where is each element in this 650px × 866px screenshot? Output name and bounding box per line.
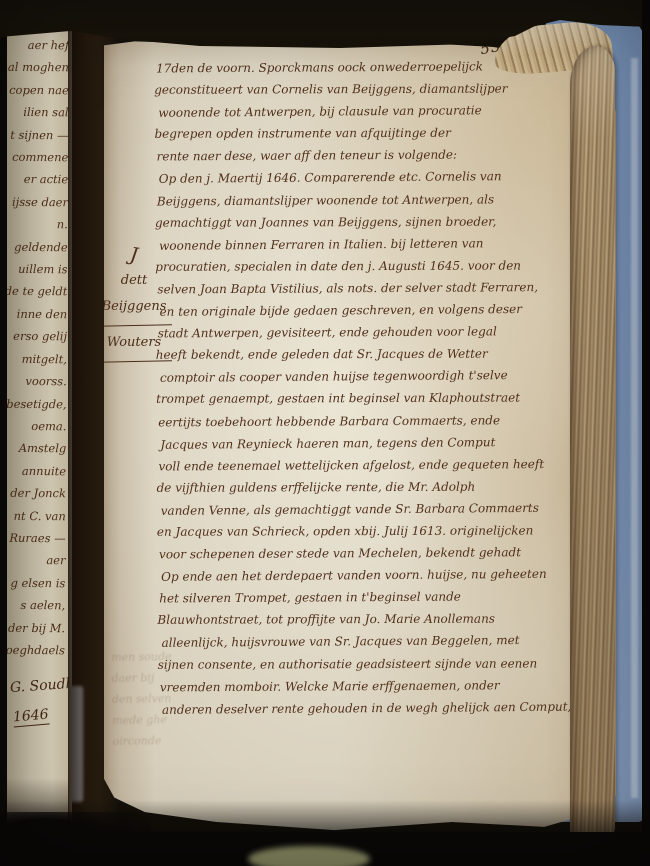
facing-page-line: n. [7, 213, 68, 236]
facing-page-line: besetigde, [7, 392, 67, 415]
facing-page-line: commene [7, 146, 68, 169]
manuscript-line: het silveren Trompet, gestaen in t'begin… [159, 585, 629, 610]
manuscript-line: Op den j. Maertij 1646. Comparerende etc… [159, 165, 629, 191]
facing-page-line: aer hef [7, 34, 69, 57]
facing-page-line: der bij M. [7, 616, 65, 639]
manuscript-line: comptoir als cooper vanden huijse tegenw… [160, 363, 630, 389]
facing-page-line: s aelen, [7, 594, 65, 617]
manuscript-line: vanden Venne, als gemachtiggt vande Sr. … [161, 496, 631, 522]
manuscript-page: 53. J dett Beijggens Wouters 17den de vo… [104, 34, 616, 848]
facing-page-year: 1646 [12, 706, 49, 727]
manuscript-line: woonende binnen Ferraren in Italien. bij… [159, 231, 629, 257]
ghost-line: den selven [112, 687, 232, 710]
facing-page-line: uillem is [7, 258, 68, 281]
facing-page-edge: aer hefal moghencopen naeilien salt sijn… [7, 30, 72, 848]
cloth-highlight [631, 58, 638, 798]
book-support [248, 846, 370, 866]
facing-page-line: ilien sal [7, 101, 69, 124]
facing-page-line: t sijnen — [7, 123, 69, 146]
ghost-line: mede ghe [112, 708, 232, 731]
facing-page-line: nt C. van [7, 504, 66, 527]
manuscript-line: en Jacques van Schrieck, opden xbij. Jul… [157, 519, 627, 543]
facing-page-line: broeghdaels [7, 639, 65, 662]
facing-page-line: inne den [7, 303, 67, 326]
manuscript-line: geconstitueert van Cornelis van Beijggen… [154, 77, 624, 101]
manuscript-line: alleenlijck, huijsvrouwe van Sr. Jacques… [161, 629, 631, 655]
photo-frame: aer hefal moghencopen naeilien salt sijn… [0, 0, 650, 866]
manuscript-line: stadt Antwerpen, gevisiteert, ende gehou… [158, 320, 628, 345]
ghost-line: men soude [111, 645, 231, 668]
fore-edge [570, 46, 615, 842]
facing-page-line: aer [7, 549, 66, 572]
facing-page-line: Amstelg [7, 437, 66, 460]
manuscript-line: de vijfthien guldens erffelijcke rente, … [157, 475, 627, 499]
book-gutter-shadow [68, 24, 120, 852]
facing-page-text: aer hefal moghencopen naeilien salt sijn… [7, 34, 69, 662]
manuscript-line: Blauwhontstraet, tot proffijte van Jo. M… [157, 608, 627, 632]
book-spine-edge [0, 0, 7, 866]
manuscript-line: procuratien, specialen in date den j. Au… [155, 254, 625, 278]
facing-page-line: er actie [7, 168, 68, 191]
facing-page-line: mitgelt, [7, 347, 67, 370]
facing-page-line: voorss. [7, 370, 67, 393]
ghost-line: oirconde [112, 729, 232, 752]
facing-page-signature: G. Soudh [10, 676, 71, 696]
manuscript-line: voll ende teenemael wettelijcken afgelos… [158, 452, 628, 477]
manuscript-line: gemachtiggt van Joannes van Beijggens, s… [155, 210, 625, 234]
facing-page-line: erso gelij [7, 325, 67, 348]
facing-page-line: copen nae [7, 79, 69, 102]
facing-page-line: Ruraes — [7, 527, 66, 550]
manuscript-line: woonende tot Antwerpen, bij clausule van… [158, 98, 628, 124]
facing-page-line: ijsse daer [7, 191, 68, 214]
facing-page-line: g elsen is [7, 571, 65, 594]
facing-page-line: der Jonck [7, 482, 66, 505]
manuscript-line: anderen deselver rente gehouden in de we… [162, 695, 632, 721]
manuscript-line: Beijggens, diamantslijper woonende tot A… [157, 187, 627, 212]
facing-page-line: geldende [7, 235, 68, 258]
frame-right-edge [642, 0, 650, 866]
manuscript-body-text: 17den de voorn. Sporckmans oock onwederr… [156, 55, 630, 721]
manuscript-line: eertijts toebehoort hebbende Barbara Com… [158, 408, 628, 433]
manuscript-line: trompet genaempt, gestaen int beginsel v… [156, 387, 626, 411]
ink-bleed-through: men soudedaer bijden selvenmede gheoirco… [111, 645, 233, 767]
manuscript-line: begrepen opden instrumente van afquijtin… [154, 121, 624, 145]
manuscript-line: heeft bekendt, ende geleden dat Sr. Jacq… [156, 342, 626, 366]
manuscript-line: en ten originale bijde gedaen geschreven… [159, 297, 629, 323]
facing-page-line: annuite [7, 459, 66, 482]
manuscript-line: Op ende aen het derdepaert vanden voorn.… [161, 562, 631, 588]
facing-page-line: al moghen [7, 56, 69, 79]
facing-page-line: oema. [7, 415, 67, 438]
ghost-line: daer bij [111, 666, 231, 689]
facing-page-line: nde te geldt [7, 280, 67, 303]
manuscript-line: Jacques van Reynieck haeren man, tegens … [160, 430, 630, 456]
